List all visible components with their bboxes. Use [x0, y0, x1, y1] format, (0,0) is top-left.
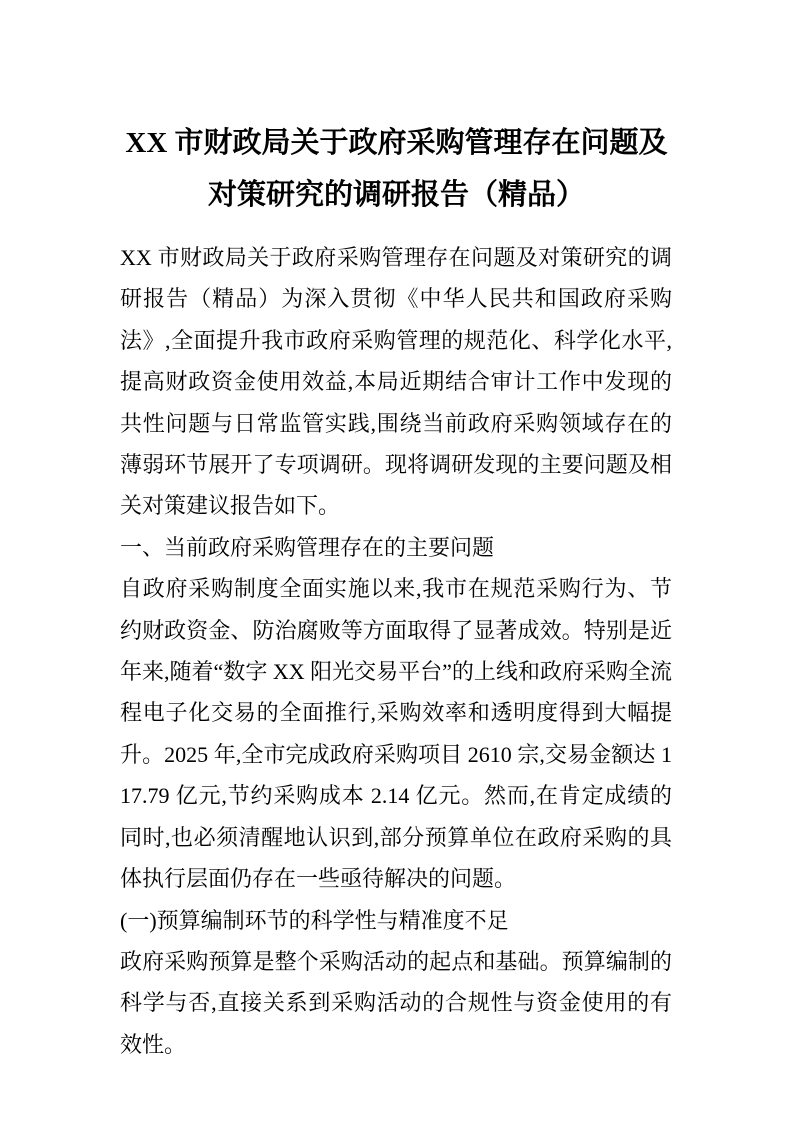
document-body: XX 市财政局关于政府采购管理存在问题及对策研究的调研报告（精品）为深入贯彻《中…: [120, 237, 672, 1065]
paragraph-budget-importance: 政府采购预算是整个采购活动的起点和基础。预算编制的科学与否,直接关系到采购活动的…: [120, 941, 672, 1065]
document-title-line-2: 对策研究的调研报告（精品）: [0, 169, 793, 221]
section-heading-main-problems: 一、当前政府采购管理存在的主要问题: [120, 527, 672, 568]
document-page: XX 市财政局关于政府采购管理存在问题及 对策研究的调研报告（精品） XX 市财…: [0, 0, 793, 1122]
subsection-heading-budget-preparation: (一)预算编制环节的科学性与精准度不足: [120, 900, 672, 941]
document-title-line-1: XX 市财政局关于政府采购管理存在问题及: [0, 117, 793, 169]
document-title: XX 市财政局关于政府采购管理存在问题及 对策研究的调研报告（精品）: [0, 0, 793, 221]
paragraph-introduction: XX 市财政局关于政府采购管理存在问题及对策研究的调研报告（精品）为深入贯彻《中…: [120, 237, 672, 527]
paragraph-achievements-and-issues: 自政府采购制度全面实施以来,我市在规范采购行为、节约财政资金、防治腐败等方面取得…: [120, 568, 672, 899]
